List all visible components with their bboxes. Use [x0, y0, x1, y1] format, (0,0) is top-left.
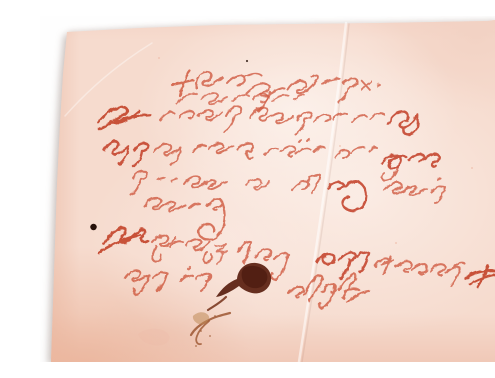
paper-sheet	[40, 16, 495, 362]
paper-shadow	[40, 16, 495, 362]
manuscript-photo: Handwritten note in red chalk on creased…	[40, 16, 495, 362]
